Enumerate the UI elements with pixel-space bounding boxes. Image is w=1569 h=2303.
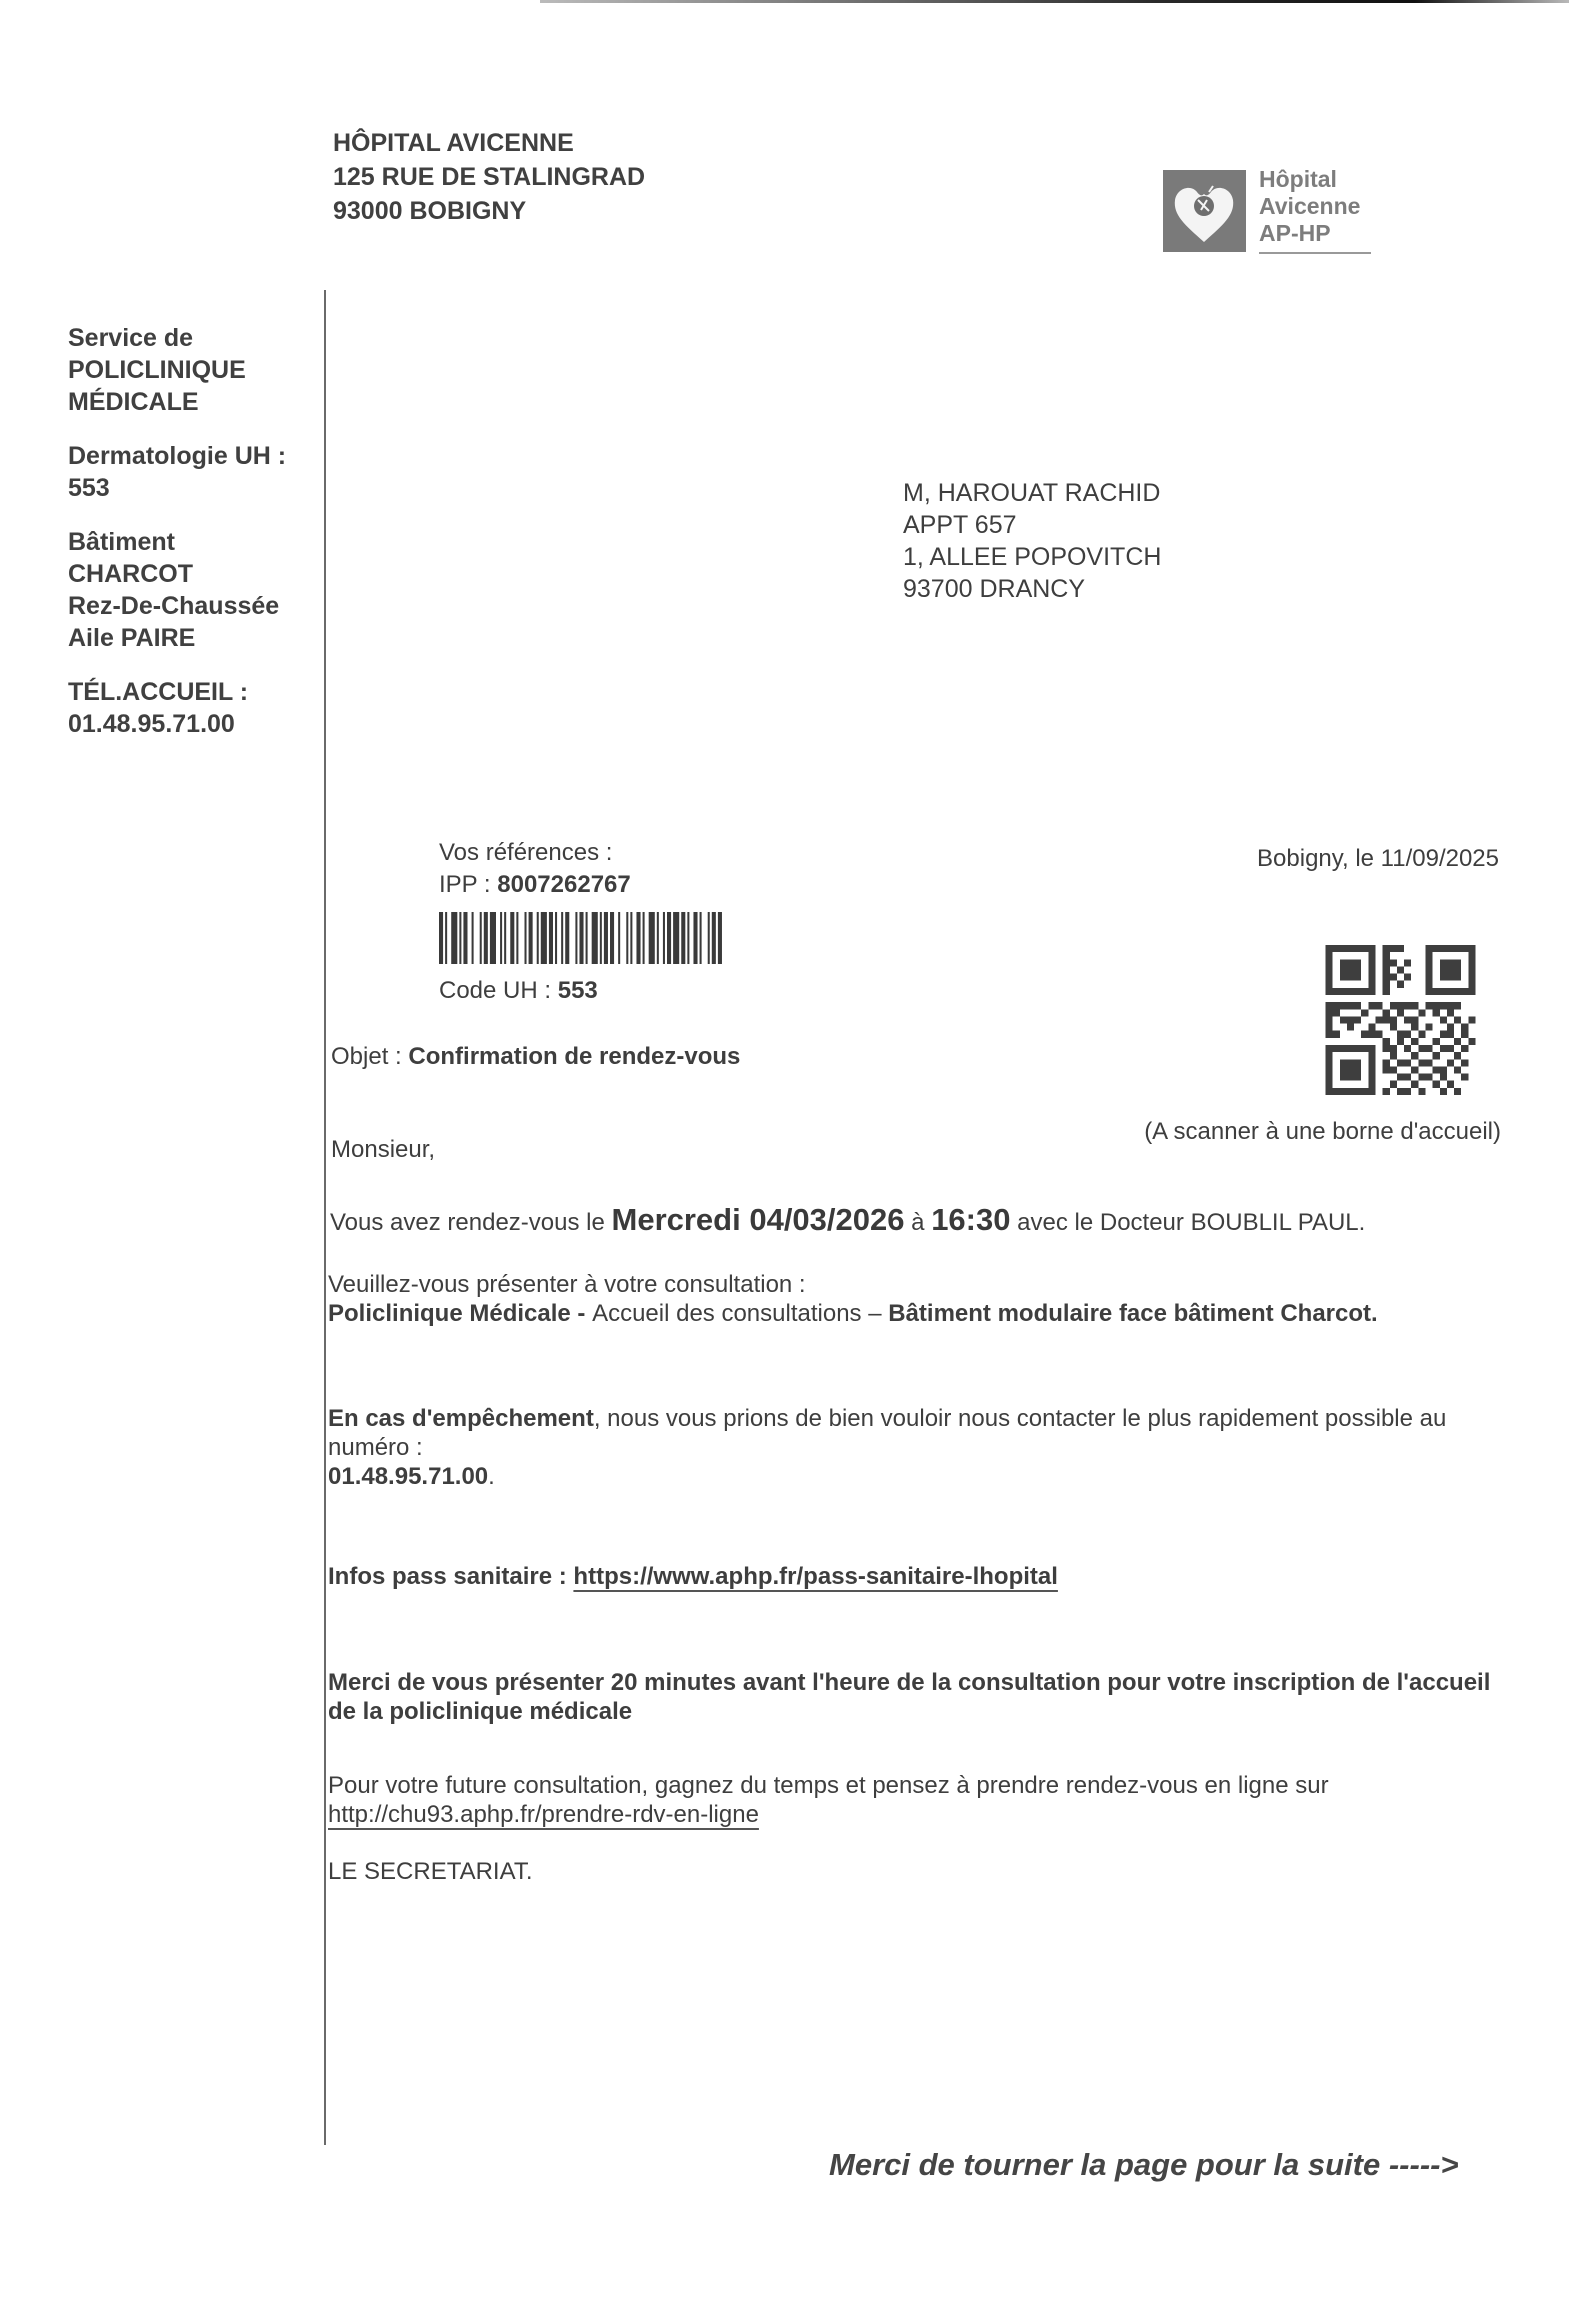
vertical-divider bbox=[324, 290, 326, 2145]
location-paragraph: Veuillez-vous présenter à votre consulta… bbox=[328, 1270, 1428, 1328]
ipp-value: 8007262767 bbox=[497, 871, 630, 898]
cancellation-paragraph: En cas d'empêchement, nous vous prions d… bbox=[328, 1404, 1468, 1491]
location-place: Policlinique Médicale - bbox=[328, 1300, 592, 1327]
references-label: Vos références : bbox=[439, 837, 631, 869]
building-line-3: Rez-De-Chaussée bbox=[68, 592, 279, 620]
cancel-bold: En cas d'empêchement bbox=[328, 1405, 594, 1432]
service-line-1: Service de bbox=[68, 324, 193, 352]
hospital-street: 125 RUE DE STALINGRAD bbox=[333, 160, 645, 194]
appointment-doctor: avec le Docteur BOUBLIL PAUL. bbox=[1010, 1209, 1365, 1236]
code-uh-label: Code UH : bbox=[439, 977, 558, 1004]
pass-sanitaire-link[interactable]: https://www.aphp.fr/pass-sanitaire-lhopi… bbox=[573, 1563, 1058, 1590]
arrival-notice: Merci de vous présenter 20 minutes avant… bbox=[328, 1668, 1498, 1726]
appointment-date: Mercredi 04/03/2026 bbox=[612, 1202, 905, 1237]
building-block: Bâtiment CHARCOT Rez-De-Chaussée Aile PA… bbox=[68, 526, 318, 654]
location-detail: Policlinique Médicale - Accueil des cons… bbox=[328, 1299, 1428, 1328]
qr-scan-note: (A scanner à une borne d'accueil) bbox=[1144, 1118, 1501, 1146]
unit-block: Dermatologie UH : 553 bbox=[68, 440, 318, 504]
building-line-4: Aile PAIRE bbox=[68, 624, 195, 652]
heart-logo-icon bbox=[1163, 170, 1246, 252]
appointment-at: à bbox=[905, 1209, 932, 1236]
subject-label: Objet : bbox=[331, 1043, 408, 1070]
recipient-name: M, HAROUAT RACHID bbox=[903, 477, 1161, 509]
appointment-prefix: Vous avez rendez-vous le bbox=[330, 1209, 612, 1236]
unit-code: 553 bbox=[68, 474, 110, 502]
turn-page-notice: Merci de tourner la page pour la suite -… bbox=[829, 2147, 1459, 2183]
letter-date: Bobigny, le 11/09/2025 bbox=[1257, 845, 1499, 873]
logo-underline bbox=[1259, 252, 1371, 254]
hospital-address: HÔPITAL AVICENNE 125 RUE DE STALINGRAD 9… bbox=[333, 126, 645, 228]
logo-line-1: Hôpital bbox=[1259, 166, 1360, 193]
recipient-address: M, HAROUAT RACHID APPT 657 1, ALLEE POPO… bbox=[903, 477, 1161, 605]
unit-label: Dermatologie UH : bbox=[68, 442, 286, 470]
code-uh-line: Code UH : 553 bbox=[439, 977, 598, 1005]
subject-value: Confirmation de rendez-vous bbox=[408, 1043, 740, 1070]
location-building: Bâtiment modulaire face bâtiment Charcot bbox=[888, 1300, 1371, 1327]
ipp-line: IPP : 8007262767 bbox=[439, 869, 631, 901]
online-text: Pour votre future consultation, gagnez d… bbox=[328, 1771, 1498, 1800]
location-reception: Accueil des consultations – bbox=[592, 1300, 888, 1327]
phone-label: TÉL.ACCUEIL : bbox=[68, 678, 248, 706]
recipient-line-3: 1, ALLEE POPOVITCH bbox=[903, 541, 1161, 573]
service-line-2: POLICLINIQUE bbox=[68, 356, 246, 384]
appointment-time: 16:30 bbox=[931, 1202, 1010, 1237]
barcode bbox=[439, 912, 724, 964]
scan-edge-shadow bbox=[540, 0, 1569, 3]
appointment-line: Vous avez rendez-vous le Mercredi 04/03/… bbox=[330, 1202, 1365, 1238]
logo-line-3: AP-HP bbox=[1259, 220, 1360, 247]
pass-sanitaire-line: Infos pass sanitaire : https://www.aphp.… bbox=[328, 1562, 1488, 1591]
hospital-city: 93000 BOBIGNY bbox=[333, 194, 645, 228]
subject-line: Objet : Confirmation de rendez-vous bbox=[331, 1043, 740, 1071]
hospital-logo: Hôpital Avicenne AP-HP bbox=[1163, 168, 1383, 258]
cancel-phone: 01.48.95.71.00 bbox=[328, 1463, 488, 1490]
phone-block: TÉL.ACCUEIL : 01.48.95.71.00 bbox=[68, 676, 318, 740]
logo-text: Hôpital Avicenne AP-HP bbox=[1259, 166, 1360, 247]
service-block: Service de POLICLINIQUE MÉDICALE bbox=[68, 322, 318, 418]
building-line-1: Bâtiment bbox=[68, 528, 175, 556]
online-booking-link[interactable]: http://chu93.aphp.fr/prendre-rdv-en-lign… bbox=[328, 1801, 759, 1828]
code-uh-value: 553 bbox=[558, 977, 598, 1004]
building-line-2: CHARCOT bbox=[68, 560, 193, 588]
signature: LE SECRETARIAT. bbox=[328, 1857, 1488, 1886]
location-intro: Veuillez-vous présenter à votre consulta… bbox=[328, 1270, 1428, 1299]
location-end: . bbox=[1371, 1300, 1378, 1327]
service-line-3: MÉDICALE bbox=[68, 388, 199, 416]
pass-label: Infos pass sanitaire : bbox=[328, 1563, 573, 1590]
logo-line-2: Avicenne bbox=[1259, 193, 1360, 220]
hospital-name: HÔPITAL AVICENNE bbox=[333, 126, 645, 160]
service-sidebar: Service de POLICLINIQUE MÉDICALE Dermato… bbox=[68, 322, 318, 762]
phone-number: 01.48.95.71.00 bbox=[68, 710, 235, 738]
qr-code bbox=[1323, 945, 1478, 1095]
recipient-line-2: APPT 657 bbox=[903, 509, 1161, 541]
salutation: Monsieur, bbox=[331, 1136, 435, 1164]
online-booking-paragraph: Pour votre future consultation, gagnez d… bbox=[328, 1771, 1498, 1829]
cancel-end: . bbox=[488, 1463, 495, 1490]
ipp-label: IPP : bbox=[439, 871, 497, 898]
references-block: Vos références : IPP : 8007262767 bbox=[439, 837, 631, 901]
recipient-line-4: 93700 DRANCY bbox=[903, 573, 1161, 605]
